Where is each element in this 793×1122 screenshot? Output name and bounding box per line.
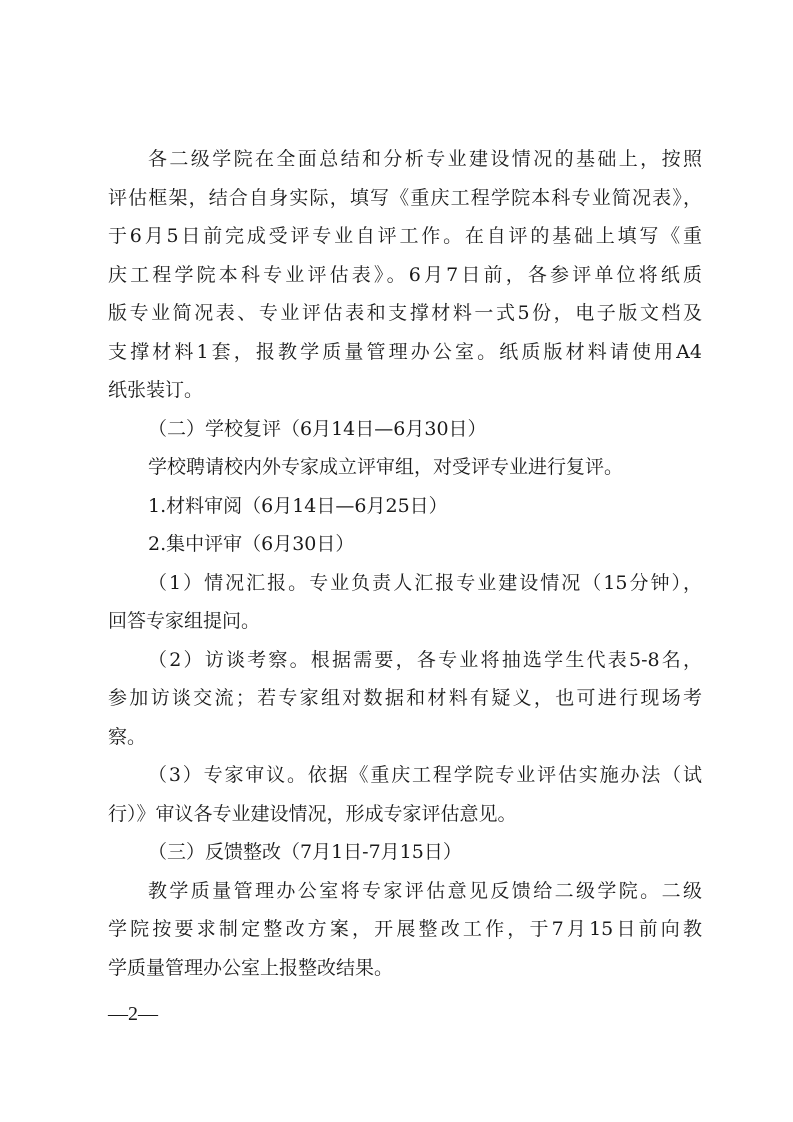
- paragraph-line: 学院按要求制定整改方案，开展整改工作，于7月15日前向教: [108, 910, 702, 948]
- page-number: —2—: [108, 1000, 158, 1028]
- paragraph-line: 纸张装订。: [108, 371, 203, 409]
- paragraph-line: 学质量管理办公室上报整改结果。: [108, 949, 393, 987]
- paragraph-line: （2）访谈考察。根据需要，各专业将抽选学生代表5-8名，: [148, 641, 702, 679]
- paragraph-line: （1）情况汇报。专业负责人汇报专业建设情况（15分钟），: [148, 564, 702, 602]
- paragraph-line: 学校聘请校内外专家成立评审组，对受评专业进行复评。: [148, 448, 623, 486]
- subheading-material-review: 1.材料审阅（6月14日—6月25日）: [148, 487, 448, 525]
- paragraph-line: 评估框架，结合自身实际，填写《重庆工程学院本科专业简况表》，: [108, 179, 702, 217]
- paragraph-line: （3）专家审议。依据《重庆工程学院专业评估实施办法（试: [148, 756, 702, 794]
- section-heading-feedback: （三）反馈整改（7月1日-7月15日）: [148, 833, 462, 871]
- paragraph-line: 参加访谈交流；若专家组对数据和材料有疑义，也可进行现场考: [108, 679, 702, 717]
- paragraph-line: 各二级学院在全面总结和分析专业建设情况的基础上，按照: [148, 140, 702, 178]
- paragraph-line: 于6月5日前完成受评专业自评工作。在自评的基础上填写《重: [108, 217, 702, 255]
- paragraph-line: 版专业简况表、专业评估表和支撑材料一式5份，电子版文档及: [108, 294, 702, 332]
- section-heading-school-review: （二）学校复评（6月14日—6月30日）: [148, 410, 487, 448]
- paragraph-line: 教学质量管理办公室将专家评估意见反馈给二级学院。二级: [148, 872, 702, 910]
- subheading-centralized-review: 2.集中评审（6月30日）: [148, 525, 354, 563]
- paragraph-line: 支撑材料1套，报教学质量管理办公室。纸质版材料请使用A4: [108, 333, 702, 371]
- paragraph-line: 回答专家组提问。: [108, 602, 260, 640]
- paragraph-line: 行）》审议各专业建设情况，形成专家评估意见。: [108, 795, 517, 833]
- paragraph-line: 庆工程学院本科专业评估表》。6月7日前，各参评单位将纸质: [108, 256, 702, 294]
- paragraph-line: 察。: [108, 718, 146, 756]
